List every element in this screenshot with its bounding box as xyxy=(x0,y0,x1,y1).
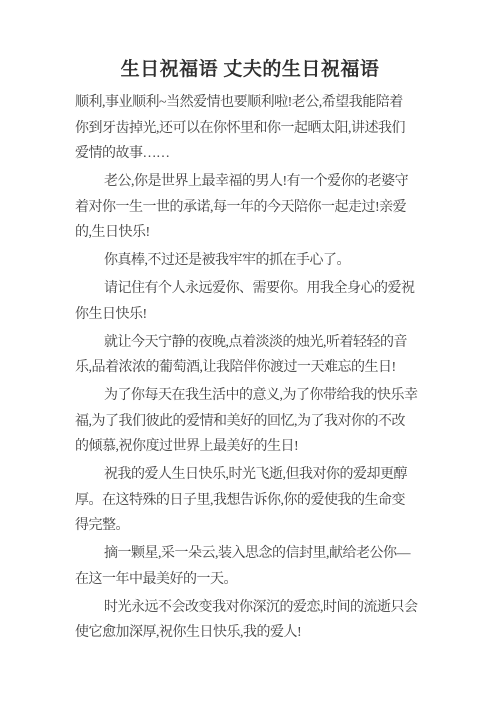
paragraph-4-line-1: 请记住有个人永远爱你、需要你。用我全身心的爱祝 xyxy=(75,276,417,302)
paragraph-6-line-1: 为了你每天在我生活中的意义,为了你带给我的快乐幸 xyxy=(75,383,417,409)
paragraph-3: 你真棒,不过还是被我牢牢的抓在手心了。 xyxy=(75,248,417,274)
screenshot-root: { "colors": { "background": "#ffffff", "… xyxy=(0,0,500,708)
paragraph-4-line-2: 你生日快乐! xyxy=(75,302,417,328)
paragraph-7-line-2: 厚。在这特殊的日子里,我想告诉你,你的爱使我的生命变 xyxy=(75,488,417,514)
paragraph-3-line-1: 你真棒,不过还是被我牢牢的抓在手心了。 xyxy=(75,248,417,274)
paragraph-6: 为了你每天在我生活中的意义,为了你带给我的快乐幸福,为了我们彼此的爱情和美好的回… xyxy=(75,383,417,460)
paragraph-2: 老公,你是世界上最幸福的男人!有一个爱你的老婆守着对你一生一世的承诺,每一年的今… xyxy=(75,169,417,246)
paragraph-8-line-2: 在这一年中最美好的一天。 xyxy=(75,567,417,593)
paragraph-1-line-2: 你到牙齿掉光,还可以在你怀里和你一起晒太阳,讲述我们 xyxy=(75,116,417,142)
paragraph-9-line-1: 时光永远不会改变我对你深沉的爱恋,时间的流逝只会 xyxy=(75,595,417,621)
paragraph-6-line-3: 的倾慕,祝你度过世界上最美好的生日! xyxy=(75,434,417,460)
paragraph-7-line-1: 祝我的爱人生日快乐,时光飞逝,但我对你的爱却更醇 xyxy=(75,462,417,488)
paragraph-9: 时光永远不会改变我对你深沉的爱恋,时间的流逝只会使它愈加深厚,祝你生日快乐,我的… xyxy=(75,595,417,646)
paragraph-7: 祝我的爱人生日快乐,时光飞逝,但我对你的爱却更醇厚。在这特殊的日子里,我想告诉你… xyxy=(75,462,417,539)
paragraph-8: 摘一颗星,采一朵云,装入思念的信封里,献给老公你—在这一年中最美好的一天。 xyxy=(75,541,417,592)
paragraph-2-line-3: 的,生日快乐! xyxy=(75,220,417,246)
paragraph-7-line-3: 得完整。 xyxy=(75,513,417,539)
paragraph-2-line-1: 老公,你是世界上最幸福的男人!有一个爱你的老婆守 xyxy=(75,169,417,195)
paragraph-5-line-1: 就让今天宁静的夜晚,点着淡淡的烛光,听着轻轻的音 xyxy=(75,330,417,356)
paragraph-6-line-2: 福,为了我们彼此的爱情和美好的回忆,为了我对你的不改 xyxy=(75,409,417,435)
paragraph-4: 请记住有个人永远爱你、需要你。用我全身心的爱祝你生日快乐! xyxy=(75,276,417,327)
paragraph-1-line-3: 爱情的故事…… xyxy=(75,141,417,167)
paragraph-5-line-2: 乐,品着浓浓的葡萄酒,让我陪伴你渡过一天难忘的生日! xyxy=(75,355,417,381)
paragraph-8-line-1: 摘一颗星,采一朵云,装入思念的信封里,献给老公你— xyxy=(75,541,417,567)
paragraph-5: 就让今天宁静的夜晚,点着淡淡的烛光,听着轻轻的音乐,品着浓浓的葡萄酒,让我陪伴你… xyxy=(75,330,417,381)
document-title: 生日祝福语 丈夫的生日祝福语 xyxy=(0,54,500,81)
document-content: 顺利,事业顺利~当然爱情也要顺利啦!老公,希望我能陪着你到牙齿掉光,还可以在你怀… xyxy=(75,90,417,648)
paragraph-9-line-2: 使它愈加深厚,祝你生日快乐,我的爱人! xyxy=(75,620,417,646)
paragraph-2-line-2: 着对你一生一世的承诺,每一年的今天陪你一起走过!亲爱 xyxy=(75,195,417,221)
document-page: 生日祝福语 丈夫的生日祝福语 顺利,事业顺利~当然爱情也要顺利啦!老公,希望我能… xyxy=(0,0,500,708)
paragraph-1-line-1: 顺利,事业顺利~当然爱情也要顺利啦!老公,希望我能陪着 xyxy=(75,90,417,116)
paragraph-1: 顺利,事业顺利~当然爱情也要顺利啦!老公,希望我能陪着你到牙齿掉光,还可以在你怀… xyxy=(75,90,417,167)
